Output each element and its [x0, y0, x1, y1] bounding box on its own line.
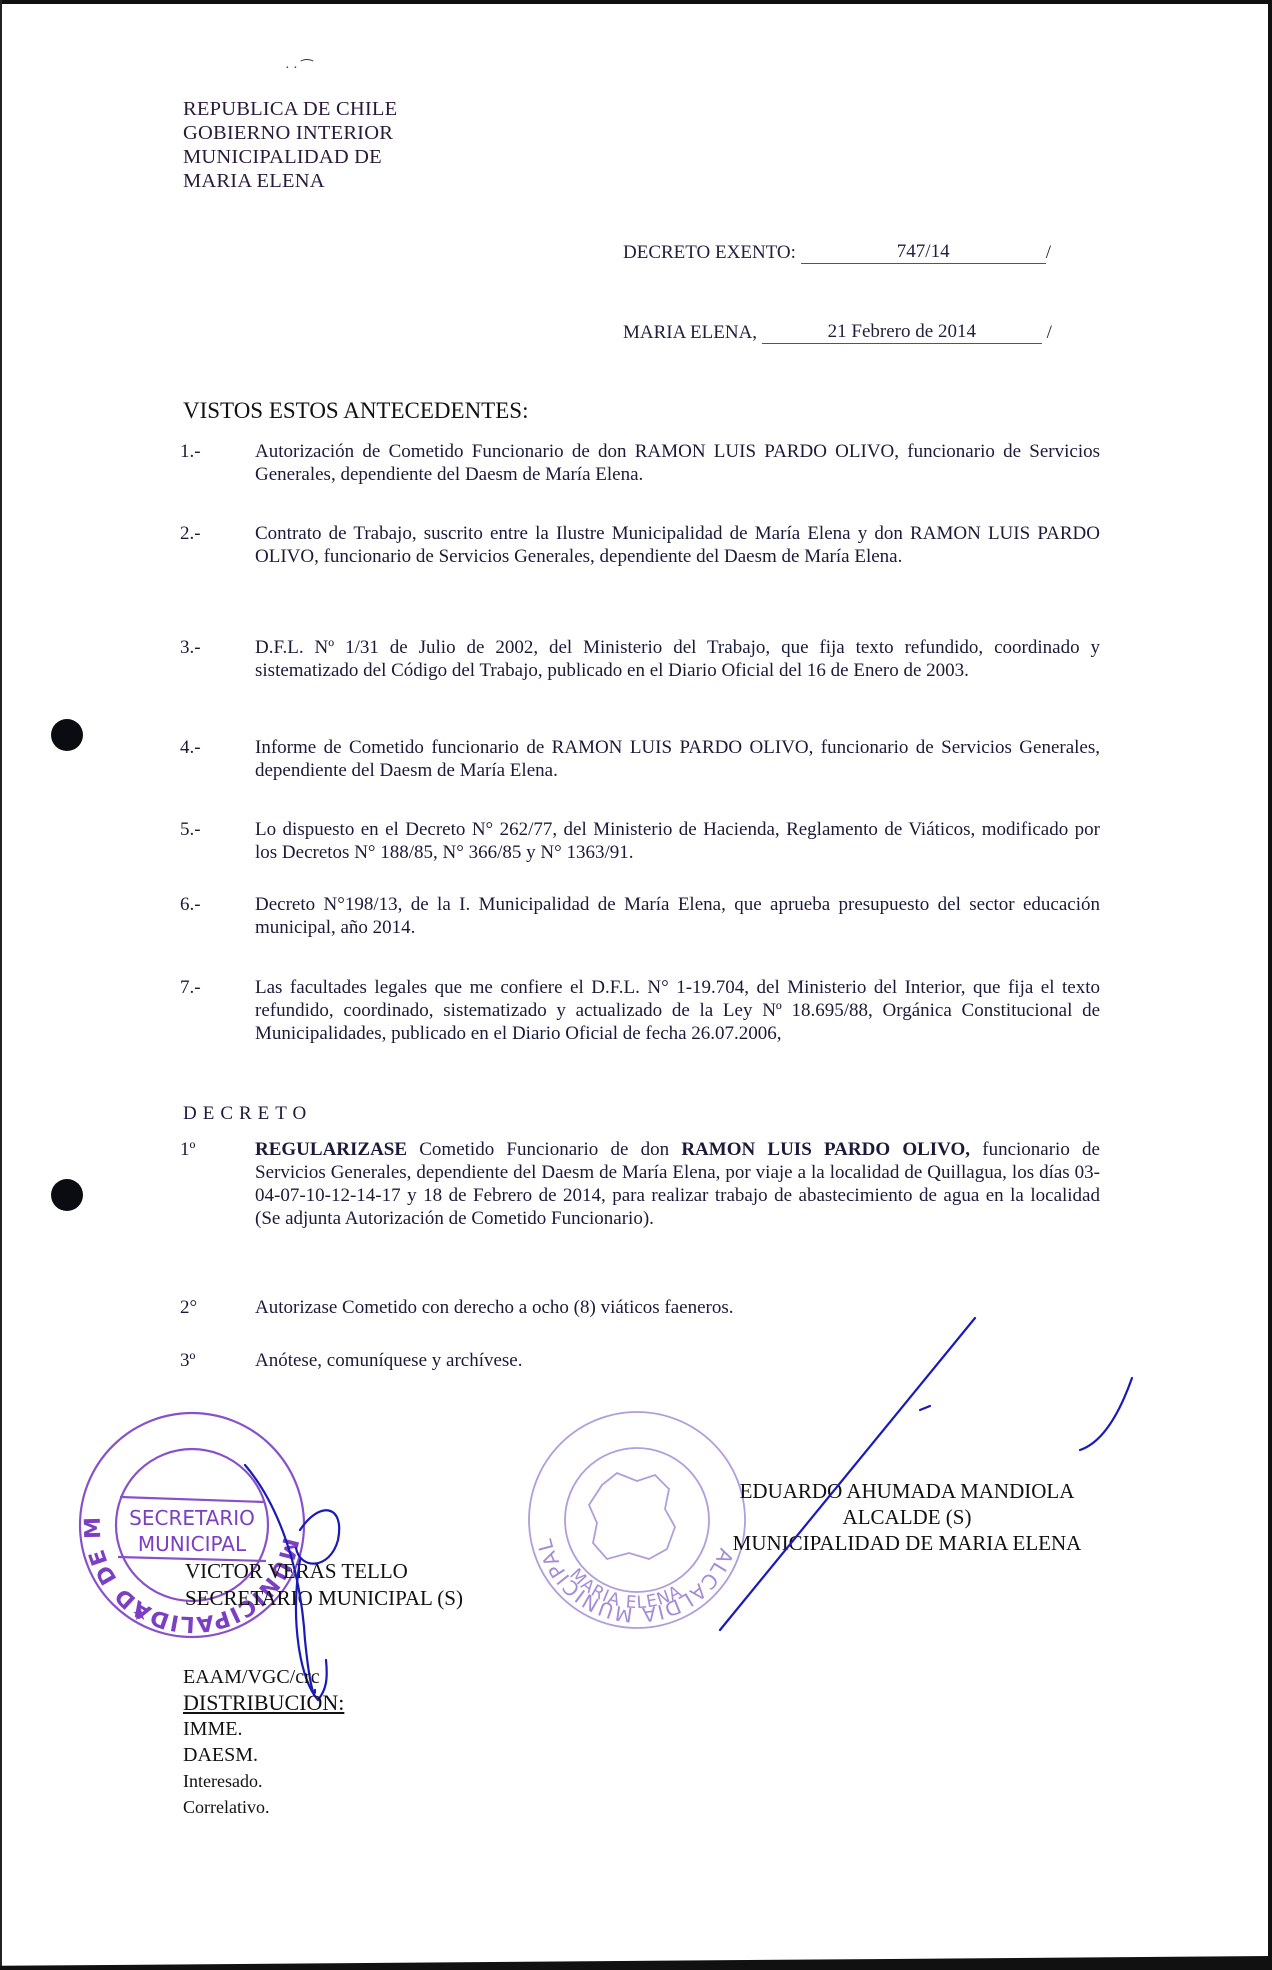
item-number: 3.- — [180, 636, 201, 659]
letterhead-line: REPUBLICA DE CHILE — [183, 97, 397, 121]
svg-text:★: ★ — [132, 1604, 148, 1624]
distribution-item: IMME. — [183, 1716, 344, 1742]
item-number: 5.- — [180, 818, 201, 841]
mayor-signature-block: EDUARDO AHUMADA MANDIOLA ALCALDE (S) MUN… — [712, 1478, 1102, 1556]
distribution-item: Interesado. — [183, 1768, 344, 1794]
distribution-item: Correlativo. — [183, 1794, 344, 1820]
decree-article: 1º REGULARIZASE Cometido Funcionario de … — [180, 1138, 1100, 1230]
item-number: 2.- — [180, 522, 201, 545]
article-number: 3º — [180, 1349, 195, 1372]
mayor-org: MUNICIPALIDAD DE MARIA ELENA — [712, 1530, 1102, 1556]
scan-border-left — [0, 0, 2, 1970]
item-text: Informe de Cometido funcionario de RAMON… — [255, 736, 1100, 782]
antecedent-item: 4.- Informe de Cometido funcionario de R… — [180, 736, 1100, 782]
antecedent-item: 6.- Decreto N°198/13, de la I. Municipal… — [180, 893, 1100, 939]
item-text: Las facultades legales que me confiere e… — [255, 976, 1100, 1045]
item-text: D.F.L. Nº 1/31 de Julio de 2002, del Min… — [255, 636, 1100, 682]
decreto-title: DECRETO — [183, 1103, 312, 1125]
item-text: Contrato de Trabajo, suscrito entre la I… — [255, 522, 1100, 568]
distribution-item: DAESM. — [183, 1742, 344, 1768]
antecedent-item: 5.- Lo dispuesto en el Decreto N° 262/77… — [180, 818, 1100, 864]
letterhead: REPUBLICA DE CHILE GOBIERNO INTERIOR MUN… — [183, 97, 397, 193]
mayor-name: EDUARDO AHUMADA MANDIOLA — [712, 1478, 1102, 1504]
svg-text:MUNICIPAL: MUNICIPAL — [138, 1532, 247, 1556]
scan-border-right — [1268, 0, 1272, 1970]
decree-number-line: DECRETO EXENTO: 747/14/ — [623, 241, 1051, 264]
distribution-title: DISTRIBUCION: — [183, 1690, 344, 1716]
secretary-name: VICTOR VERAS TELLO — [185, 1558, 463, 1585]
vistos-title: VISTOS ESTOS ANTECEDENTES: — [183, 398, 528, 424]
article-lead: REGULARIZASE — [255, 1139, 407, 1160]
item-number: 6.- — [180, 893, 201, 916]
letterhead-line: MARIA ELENA — [183, 169, 397, 193]
reference-initials: EAAM/VGC/crc — [183, 1664, 344, 1690]
place-label: MARIA ELENA, — [623, 322, 757, 343]
distribution-block: EAAM/VGC/crc DISTRIBUCION: IMME. DAESM. … — [183, 1664, 344, 1820]
decree-number: 747/14 — [897, 241, 950, 262]
letterhead-line: GOBIERNO INTERIOR — [183, 121, 397, 145]
suffix-slash: / — [1046, 242, 1051, 263]
decree-label: DECRETO EXENTO: — [623, 242, 796, 263]
decree-date: 21 Febrero de 2014 — [828, 321, 976, 342]
item-number: 1.- — [180, 440, 201, 463]
antecedent-item: 3.- D.F.L. Nº 1/31 de Julio de 2002, del… — [180, 636, 1100, 682]
svg-text:ALCALDIA MUNICIPAL: ALCALDIA MUNICIPAL — [532, 1536, 738, 1628]
scan-marks: · · ⁀ — [285, 60, 313, 77]
employee-name: RAMON LUIS PARDO OLIVO, — [681, 1139, 970, 1160]
place-date-line: MARIA ELENA, 21 Febrero de 2014 / — [623, 321, 1052, 344]
svg-text:SECRETARIO: SECRETARIO — [129, 1506, 255, 1530]
decree-article: 2° Autorizase Cometido con derecho a och… — [180, 1296, 1100, 1319]
punch-hole-icon — [51, 1179, 83, 1211]
article-text: REGULARIZASE Cometido Funcionario de don… — [255, 1138, 1100, 1230]
item-text: Lo dispuesto en el Decreto N° 262/77, de… — [255, 818, 1100, 864]
item-number: 7.- — [180, 976, 201, 999]
suffix-slash: / — [1047, 322, 1052, 343]
scan-border-bottom — [0, 1956, 1272, 1970]
punch-hole-icon — [51, 719, 83, 751]
item-text: Autorización de Cometido Funcionario de … — [255, 440, 1100, 486]
decree-article: 3º Anótese, comuníquese y archívese. — [180, 1349, 1100, 1372]
scan-border-top — [0, 0, 1272, 4]
antecedent-item: 7.- Las facultades legales que me confie… — [180, 976, 1100, 1045]
item-text: Decreto N°198/13, de la I. Municipalidad… — [255, 893, 1100, 939]
letterhead-line: MUNICIPALIDAD DE — [183, 145, 397, 169]
antecedent-item: 2.- Contrato de Trabajo, suscrito entre … — [180, 522, 1100, 568]
article-text: Anótese, comuníquese y archívese. — [255, 1349, 1100, 1372]
mayor-title: ALCALDE (S) — [712, 1504, 1102, 1530]
article-number: 1º — [180, 1138, 195, 1161]
item-number: 4.- — [180, 736, 201, 759]
secretary-signature-block: VICTOR VERAS TELLO SECRETARIO MUNICIPAL … — [185, 1558, 463, 1612]
article-number: 2° — [180, 1296, 197, 1319]
article-text: Autorizase Cometido con derecho a ocho (… — [255, 1296, 1100, 1319]
secretary-title: SECRETARIO MUNICIPAL (S) — [185, 1585, 463, 1612]
antecedent-item: 1.- Autorización de Cometido Funcionario… — [180, 440, 1100, 486]
